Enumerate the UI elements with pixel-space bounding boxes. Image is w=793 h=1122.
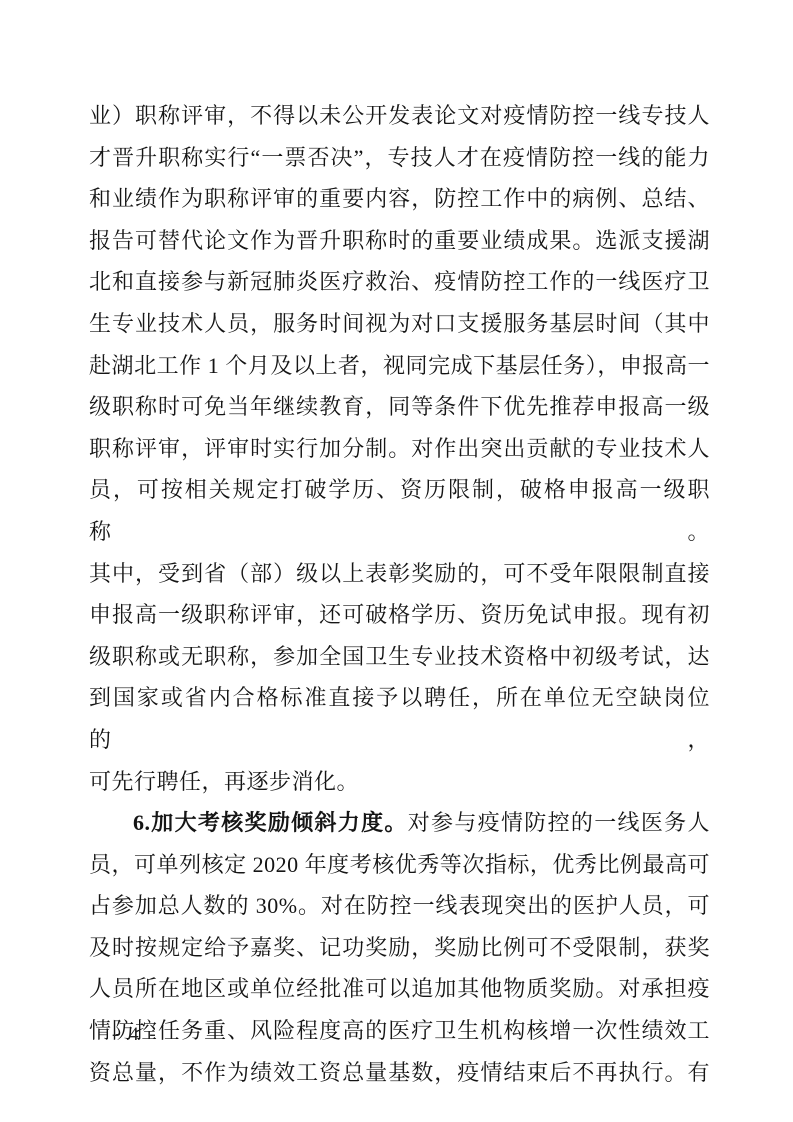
section-heading-bold-text: 6.加大考核奖励倾斜力度。 bbox=[133, 810, 408, 835]
text-line: 申报高一级职称评审，还可破格学历、资历免试申报。现有初 bbox=[89, 594, 710, 636]
text-line: 级职称或无职称，参加全国卫生专业技术资格中初级考试，达 bbox=[89, 636, 710, 678]
section-heading-rest-text: 对参与疫情防控的一线医务人 bbox=[408, 810, 710, 835]
text-line: 业）职称评审，不得以未公开发表论文对疫情防控一线专技人 bbox=[89, 95, 710, 137]
page-number: - 4 - bbox=[112, 1024, 159, 1046]
text-line: 生专业技术人员，服务时间视为对口支援服务基层时间（其中 bbox=[89, 303, 710, 345]
text-line: 级职称时可免当年继续教育，同等条件下优先推荐申报高一级 bbox=[89, 386, 710, 428]
text-line: 职称评审，评审时实行加分制。对作出突出贡献的专业技术人 bbox=[89, 428, 710, 470]
text-line: 赴湖北工作 1 个月及以上者，视同完成下基层任务），申报高一 bbox=[89, 345, 710, 387]
text-line: 和业绩作为职称评审的重要内容，防控工作中的病例、总结、 bbox=[89, 178, 710, 220]
text-line: 报告可替代论文作为晋升职称时的重要业绩成果。选派支援湖 bbox=[89, 220, 710, 262]
text-line: 到国家或省内合格标准直接予以聘任，所在单位无空缺岗位的， bbox=[89, 677, 710, 760]
text-line: 人员所在地区或单位经批准可以追加其他物质奖励。对承担疫 bbox=[89, 968, 710, 1010]
text-line: 员，可单列核定 2020 年度考核优秀等次指标，优秀比例最高可 bbox=[89, 844, 710, 886]
document-page: 业）职称评审，不得以未公开发表论文对疫情防控一线专技人 才晋升职称实行“一票否决… bbox=[0, 0, 793, 1122]
text-line: 资总量，不作为绩效工资总量基数，疫情结束后不再执行。有 bbox=[89, 1052, 710, 1094]
text-line-paragraph-end: 可先行聘任，再逐步消化。 bbox=[89, 761, 710, 803]
text-line: 其中，受到省（部）级以上表彰奖励的，可不受年限限制直接 bbox=[89, 553, 710, 595]
text-line: 情防控任务重、风险程度高的医疗卫生机构核增一次性绩效工 bbox=[89, 1010, 710, 1052]
text-line: 员，可按相关规定打破学历、资历限制，破格申报高一级职称。 bbox=[89, 469, 710, 552]
document-body: 业）职称评审，不得以未公开发表论文对疫情防控一线专技人 才晋升职称实行“一票否决… bbox=[89, 95, 710, 1093]
text-line: 才晋升职称实行“一票否决”，专技人才在疫情防控一线的能力 bbox=[89, 137, 710, 179]
text-line: 北和直接参与新冠肺炎医疗救治、疫情防控工作的一线医疗卫 bbox=[89, 261, 710, 303]
text-line: 及时按规定给予嘉奖、记功奖励，奖励比例可不受限制，获奖 bbox=[89, 927, 710, 969]
text-line: 占参加总人数的 30%。对在防控一线表现突出的医护人员，可 bbox=[89, 885, 710, 927]
text-line-section-heading: 6.加大考核奖励倾斜力度。对参与疫情防控的一线医务人 bbox=[89, 802, 710, 844]
